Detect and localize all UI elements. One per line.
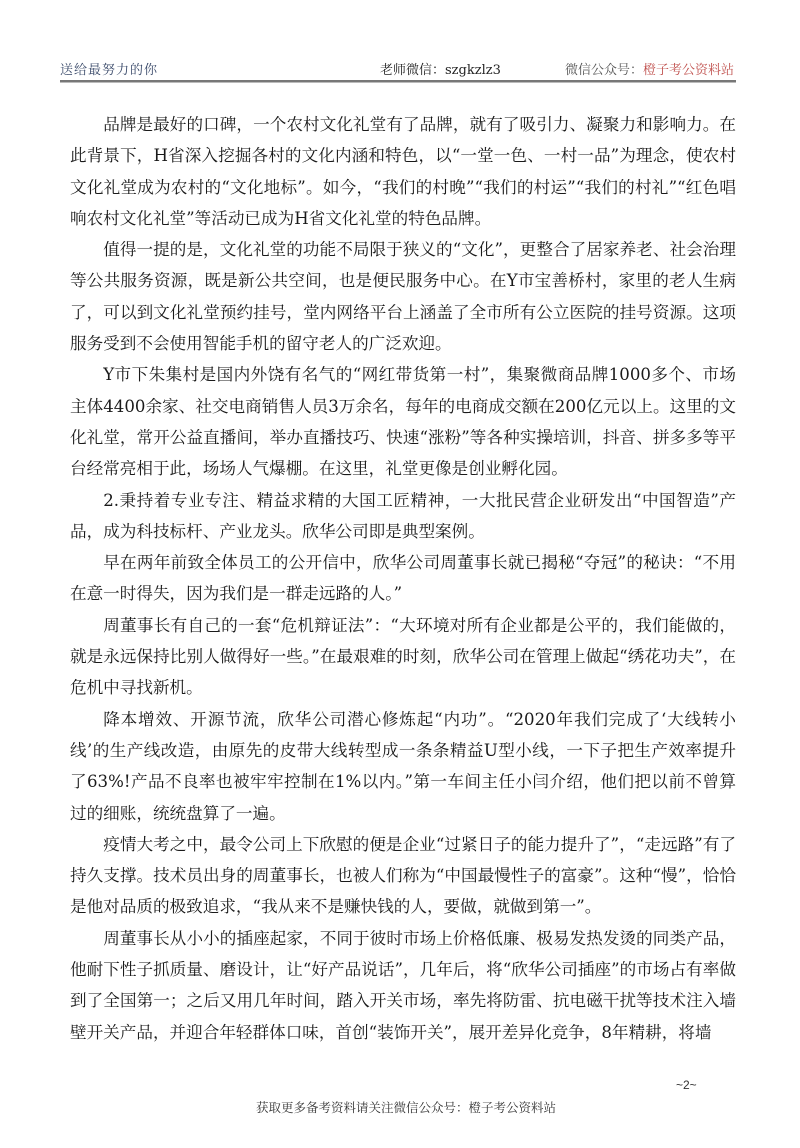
paragraph-7: 降本增效、开源节流，欣华公司潜心修炼起“内功”。“2020年我们完成了‘大线转小… — [70, 704, 736, 829]
paragraph-8: 疫情大考之中，最令公司上下欣慰的便是企业“过紧日子的能力提升了”，“走远路”有了… — [70, 829, 736, 923]
page-footer: 获取更多备考资料请关注微信公众号：橙子考公资料站 — [256, 1098, 556, 1116]
paragraph-9: 周董事长从小小的插座起家，不同于彼时市场上价格低廉、极易发热发烫的同类产品，他耐… — [70, 923, 736, 1048]
header-account-label: 微信公众号： — [565, 63, 643, 78]
paragraph-3: Y市下朱集村是国内外饶有名气的“网红带货第一村”，集聚微商品牌1000多个、市场… — [70, 359, 736, 484]
paragraph-1: 品牌是最好的口碑，一个农村文化礼堂有了品牌，就有了吸引力、凝聚力和影响力。在此背… — [70, 109, 736, 234]
header-slogan: 送给最努力的你 — [60, 59, 158, 78]
paragraph-2: 值得一提的是，文化礼堂的功能不局限于狭义的“文化”，更整合了居家养老、社会治理等… — [70, 234, 736, 359]
paragraph-6: 周董事长有自己的一套“危机辩证法”：“大环境对所有企业都是公平的，我们能做的，就… — [70, 610, 736, 704]
page-header: 送给最努力的你 老师微信：szgkzlz3 微信公众号：橙子考公资料站 — [60, 56, 736, 82]
document-body: 品牌是最好的口碑，一个农村文化礼堂有了品牌，就有了吸引力、凝聚力和影响力。在此背… — [70, 109, 736, 1048]
paragraph-5: 早在两年前致全体员工的公开信中，欣华公司周董事长就已揭秘“夺冠”的秘诀：“不用在… — [70, 547, 736, 610]
header-official-account: 微信公众号：橙子考公资料站 — [565, 59, 734, 78]
header-teacher-wechat: 老师微信：szgkzlz3 — [380, 59, 501, 78]
page-number: ~2~ — [676, 1078, 697, 1092]
header-account-brand: 橙子考公资料站 — [643, 63, 734, 78]
paragraph-4: 2.秉持着专业专注、精益求精的大国工匠精神，一大批民营企业研发出“中国智造”产品… — [70, 485, 736, 548]
